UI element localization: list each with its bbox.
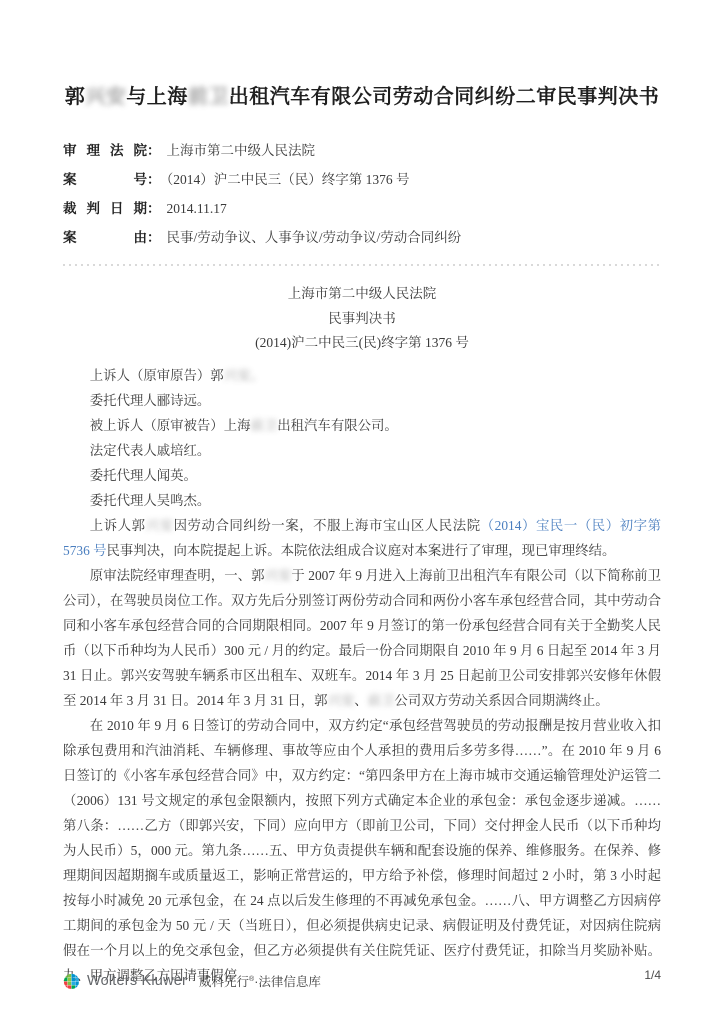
text-run: 郭: [65, 86, 86, 108]
metadata-colon: ：: [147, 143, 161, 158]
text-run: 委托代理人吴鸣杰。: [90, 493, 211, 508]
dotted-divider: [63, 264, 661, 266]
redacted-text: 兴安。: [224, 368, 264, 383]
document-page: 郭兴安与上海前卫出租汽车有限公司劳动合同纠纷二审民事判决书 审理法院：上海市第二…: [0, 0, 724, 1024]
redacted-text: 兴安: [265, 568, 292, 583]
text-run: 出租汽车有限公司。: [277, 418, 398, 433]
party-line: 委托代理人闻英。: [63, 463, 661, 488]
text-run: 出租汽车有限公司劳动合同纠纷二审民事判决书: [229, 86, 660, 108]
document-title: 郭兴安与上海前卫出租汽车有限公司劳动合同纠纷二审民事判决书: [63, 82, 661, 112]
body-paragraph: 在 2010 年 9 月 6 日签订的劳动合同中，双方约定“承包经营驾驶员的劳动…: [63, 713, 661, 988]
text-run: 在 2010 年 9 月 6 日签订的劳动合同中，双方约定“承包经营驾驶员的劳动…: [63, 718, 661, 983]
document-header: 上海市第二中级人民法院 民事判决书 (2014)沪二中民三(民)终字第 1376…: [63, 282, 661, 356]
redacted-text: 兴安: [146, 518, 174, 533]
metadata-colon: ：: [147, 172, 161, 187]
text-run: 上诉人（原审原告）郭: [90, 368, 224, 383]
metadata-value: 上海市第二中级人民法院: [167, 143, 316, 158]
text-run: 委托代理人郦诗远。: [90, 393, 211, 408]
metadata-label: 裁判日期: [63, 194, 147, 223]
redacted-text: 兴安: [85, 86, 126, 108]
document-type: 民事判决书: [63, 307, 661, 332]
metadata-block: 审理法院：上海市第二中级人民法院案号：（2014）沪二中民三（民）终字第 137…: [63, 136, 661, 252]
text-run: 上诉人郭: [90, 518, 146, 533]
metadata-colon: ：: [147, 230, 161, 245]
redacted-text: 前卫: [188, 86, 229, 108]
metadata-row: 审理法院：上海市第二中级人民法院: [63, 136, 661, 165]
metadata-row: 裁判日期：2014.11.17: [63, 194, 661, 223]
text-run: 于 2007 年 9 月进入上海前卫出租汽车有限公司（以下简称前卫公司），在驾驶…: [63, 568, 661, 708]
redacted-text: 兴安: [327, 693, 354, 708]
body-paragraph: 上诉人郭兴安因劳动合同纠纷一案，不服上海市宝山区人民法院（2014）宝民一（民）…: [63, 513, 661, 563]
page-indicator: 1/4: [644, 968, 661, 982]
redacted-text: 前卫: [368, 693, 395, 708]
metadata-row: 案由：民事/劳动争议、人事争议/劳动争议/劳动合同纠纷: [63, 223, 661, 252]
metadata-value: （2014）沪二中民三（民）终字第 1376 号: [167, 172, 410, 187]
wolters-kluwer-logo: [63, 973, 80, 990]
text-run: 委托代理人闻英。: [90, 468, 197, 483]
metadata-value: 2014.11.17: [167, 201, 227, 216]
page-footer: Wolters Kluwer 威科先行®·法律信息库 1/4: [63, 972, 661, 990]
metadata-label: 案号: [63, 165, 147, 194]
text-run: 、: [354, 693, 367, 708]
party-line: 委托代理人郦诗远。: [63, 388, 661, 413]
product-name: 威科先行®·法律信息库: [199, 972, 321, 990]
party-line: 法定代表人戚培红。: [63, 438, 661, 463]
court-name: 上海市第二中级人民法院: [63, 282, 661, 307]
party-line: 被上诉人（原审被告）上海前卫出租汽车有限公司。: [63, 413, 661, 438]
text-run: 民事判决，向本院提起上诉。本院依法组成合议庭对本案进行了审理，现已审理终结。: [107, 543, 616, 558]
party-line: 委托代理人吴鸣杰。: [63, 488, 661, 513]
metadata-label: 案由: [63, 223, 147, 252]
party-line: 上诉人（原审原告）郭兴安。: [63, 363, 661, 388]
metadata-colon: ：: [147, 201, 161, 216]
text-run: 因劳动合同纠纷一案，不服上海市宝山区人民法院: [174, 518, 481, 533]
text-run: 法定代表人戚培红。: [90, 443, 211, 458]
text-run: 与上海: [126, 86, 188, 108]
redacted-text: 前卫: [250, 418, 277, 433]
metadata-value: 民事/劳动争议、人事争议/劳动争议/劳动合同纠纷: [167, 230, 462, 245]
metadata-label: 审理法院: [63, 136, 147, 165]
judgment-body: 上诉人（原审原告）郭兴安。委托代理人郦诗远。被上诉人（原审被告）上海前卫出租汽车…: [63, 363, 661, 988]
brand-name: Wolters Kluwer: [87, 973, 187, 989]
body-paragraph: 原审法院经审理查明，一、郭兴安于 2007 年 9 月进入上海前卫出租汽车有限公…: [63, 563, 661, 713]
text-run: 公司双方劳动关系因合同期满终止。: [394, 693, 608, 708]
text-run: 原审法院经审理查明，一、郭: [90, 568, 265, 583]
metadata-row: 案号：（2014）沪二中民三（民）终字第 1376 号: [63, 165, 661, 194]
case-number: (2014)沪二中民三(民)终字第 1376 号: [63, 331, 661, 356]
text-run: 被上诉人（原审被告）上海: [90, 418, 251, 433]
